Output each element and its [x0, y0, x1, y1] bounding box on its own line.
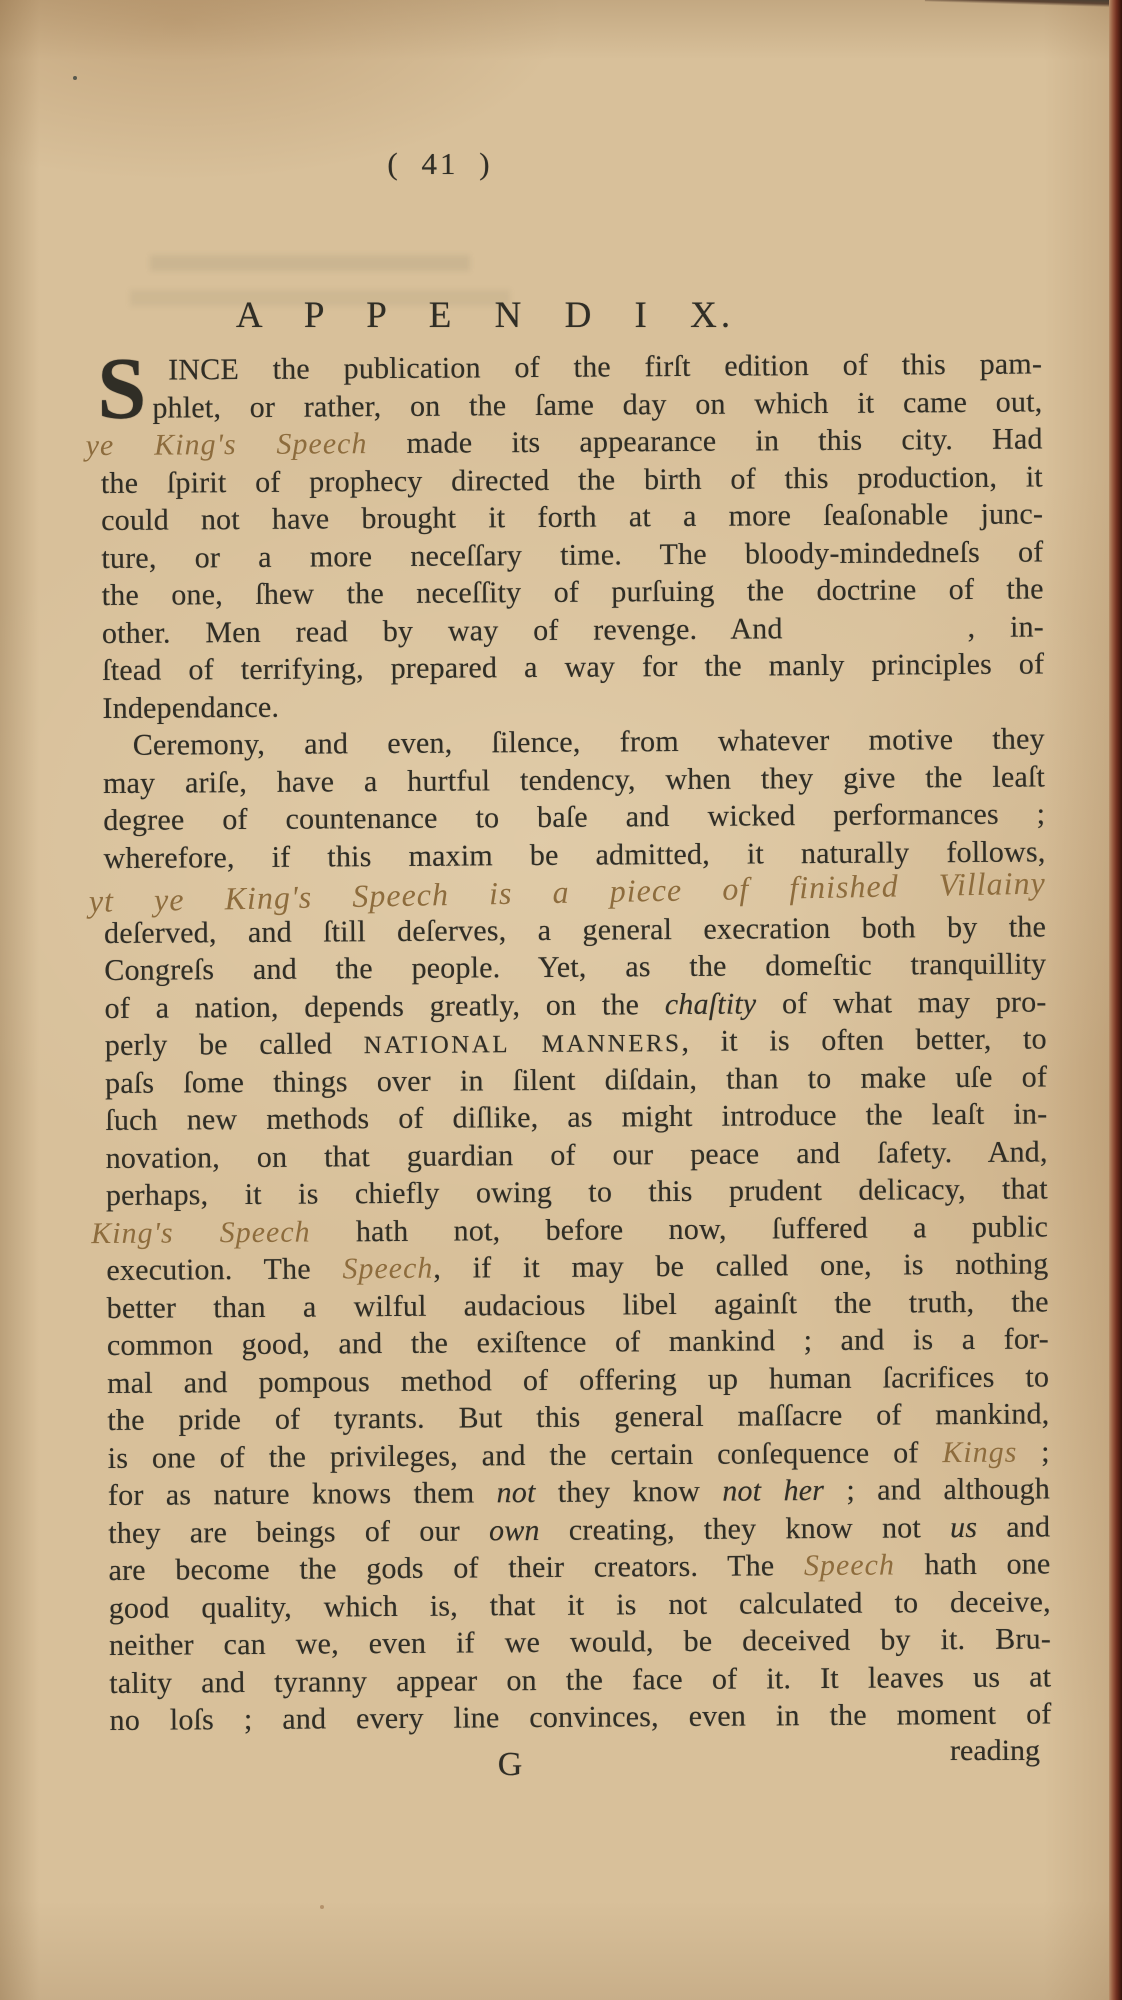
printed-text-segment: , in-	[967, 610, 1044, 644]
text-line: the pride of tyrants. But this general m…	[107, 1395, 1049, 1439]
text-line: Congreſs and the people. Yet, as the dom…	[104, 945, 1046, 989]
printed-text-segment: ture, or a more neceſſary time. The bloo…	[101, 535, 1043, 575]
book-fore-edge	[1109, 0, 1122, 2000]
text-line: novation, on that guardian of our peace …	[105, 1133, 1047, 1177]
printed-text-segment: not her	[722, 1474, 824, 1508]
text-line: good quality, which is, that it is not c…	[109, 1583, 1051, 1627]
text-line: neither can we, even if we would, be dec…	[109, 1620, 1051, 1664]
printed-text-segment: made its appearance in this city. Had	[367, 422, 1042, 460]
text-line: the one, ſhew the neceſſity of purſuing …	[102, 570, 1044, 614]
printed-text-segment: the pride of tyrants. But this general m…	[107, 1397, 1049, 1437]
printed-text-segment: ſtead of terrifying, prepared a way for …	[102, 647, 1044, 687]
text-line: tality and tyranny appear on the face of…	[109, 1658, 1051, 1702]
paper-speck	[320, 1905, 324, 1909]
text-line: other. Men read by way of revenge. And, …	[102, 608, 1044, 652]
text-line: perly be called NATIONAL MANNERS, it is …	[105, 1020, 1047, 1064]
text-line: ye King's Speech made its appearance in …	[86, 420, 1043, 464]
printed-text-segment: Congreſs and the people. Yet, as the dom…	[104, 947, 1046, 987]
printed-text-segment: creating, they know not	[540, 1511, 951, 1547]
printed-text-segment: is one of the privileges, and the certai…	[108, 1436, 943, 1475]
printed-text-segment: mal and pompous method of offering up hu…	[107, 1360, 1049, 1400]
text-line: common good, and the exiſtence of mankin…	[107, 1320, 1049, 1364]
signature-mark: G	[450, 1746, 570, 1784]
printed-text-segment: , if it may be called one, is nothing	[433, 1247, 1048, 1284]
printed-text-segment: chaſtity	[665, 987, 757, 1021]
text-line: of a nation, depends greatly, on the cha…	[104, 983, 1046, 1027]
printed-text-segment: us	[950, 1510, 977, 1543]
redacted-blank-space	[783, 636, 968, 637]
printed-text-segment: no loſs ; and every line convinces, even…	[109, 1697, 1051, 1737]
printed-text-segment: better than a wilful audacious libel aga…	[107, 1285, 1049, 1325]
printed-text-segment: for as nature knows them	[108, 1476, 497, 1512]
printed-text-segment: common good, and the exiſtence of mankin…	[107, 1322, 1049, 1362]
text-line: degree of countenance to baſe and wicked…	[103, 795, 1045, 839]
text-line: the ſpirit of prophecy directed the birt…	[101, 458, 1043, 502]
book-top-edge-shadow	[925, 0, 1122, 8]
handwritten-annotation: Kings	[942, 1435, 1017, 1469]
printed-text-segment: NATIONAL MANNERS	[364, 1030, 682, 1059]
body-text: S INCE the publication of the firſt edit…	[100, 345, 1052, 1739]
text-line: they are beings of our own creating, the…	[108, 1508, 1050, 1552]
printed-text-segment: execution. The	[106, 1252, 342, 1287]
printed-text-segment: not	[496, 1476, 535, 1509]
text-line: paſs ſome things over in ſilent diſdain,…	[105, 1058, 1047, 1102]
printed-text-segment: ; and although	[824, 1472, 1050, 1507]
printed-text-segment: degree of countenance to baſe and wicked…	[103, 797, 1045, 837]
catchword: reading	[950, 1734, 1040, 1768]
printed-text-segment: hath one	[895, 1547, 1051, 1581]
handwritten-annotation: Speech	[804, 1548, 895, 1582]
text-line: no loſs ; and every line convinces, even…	[109, 1695, 1051, 1739]
printed-text-segment: novation, on that guardian of our peace …	[106, 1135, 1048, 1175]
printed-text-segment: and	[977, 1510, 1050, 1544]
printed-text-segment: the one, ſhew the neceſſity of purſuing …	[102, 572, 1044, 612]
text-line: phlet, or rather, on the ſame day on whi…	[100, 383, 1042, 427]
text-line: Independance.	[102, 683, 1044, 727]
printed-text-segment: Independance.	[102, 690, 279, 724]
printed-text-segment: tality and tyranny appear on the face of…	[109, 1660, 1051, 1700]
printed-text-segment: they know	[535, 1475, 722, 1509]
text-line: execution. The Speech, if it may be call…	[106, 1245, 1048, 1289]
printed-text-segment: perhaps, it is chiefly owing to this pru…	[106, 1172, 1048, 1212]
text-line: better than a wilful audacious libel aga…	[107, 1283, 1049, 1327]
text-line: ture, or a more neceſſary time. The bloo…	[101, 533, 1043, 577]
printed-text-segment: are become the gods of their creators. T…	[108, 1549, 804, 1587]
text-line: perhaps, it is chiefly owing to this pru…	[106, 1170, 1048, 1214]
printed-text-segment: neither can we, even if we would, be dec…	[109, 1622, 1051, 1662]
page-number: ( 41 )	[330, 146, 550, 182]
printed-text-segment: INCE the publication of the firſt editio…	[168, 347, 1042, 386]
printed-text-segment: other. Men read by way of revenge. And	[102, 612, 783, 650]
text-line: could not have brought it forth at a mor…	[101, 495, 1043, 539]
printed-text-segment: ſuch new methods of diſlike, as might in…	[105, 1097, 1047, 1137]
printed-text-segment: the ſpirit of prophecy directed the birt…	[101, 460, 1043, 500]
text-line: ſtead of terrifying, prepared a way for …	[102, 645, 1044, 689]
printed-text-segment: they are beings of our	[108, 1514, 489, 1550]
drop-cap: S	[97, 348, 147, 432]
paper-stain	[150, 255, 470, 271]
printed-text-segment: may ariſe, have a hurtful tendency, when…	[103, 760, 1045, 800]
printed-text-segment: , it is often better, to	[681, 1022, 1047, 1058]
printed-text-segment: paſs ſome things over in ſilent diſdain,…	[105, 1060, 1047, 1100]
text-line: are become the gods of their creators. T…	[108, 1545, 1050, 1589]
printed-text-segment: hath not, before now, ſuffered a public	[310, 1210, 1048, 1248]
printed-text-segment: perly be called	[105, 1027, 364, 1062]
printed-text-segment: of a nation, depends greatly, on the	[104, 988, 664, 1025]
printed-text-segment: of what may pro-	[756, 985, 1046, 1020]
printed-text-segment: good quality, which is, that it is not c…	[109, 1585, 1051, 1625]
handwritten-annotation: Speech	[342, 1252, 433, 1286]
text-line: ſuch new methods of diſlike, as might in…	[105, 1095, 1047, 1139]
text-line: mal and pompous method of offering up hu…	[107, 1358, 1049, 1402]
printed-text-segment: Ceremony, and even, ſilence, from whatev…	[133, 722, 1045, 761]
paper-speck	[73, 76, 77, 80]
printed-text-segment: ;	[1017, 1435, 1050, 1468]
printed-text-segment: own	[489, 1513, 540, 1546]
text-line: Ceremony, and even, ſilence, from whatev…	[103, 720, 1045, 764]
text-line: is one of the privileges, and the certai…	[108, 1433, 1050, 1477]
text-line: INCE the publication of the firſt editio…	[100, 345, 1042, 389]
printed-text-segment: could not have brought it forth at a mor…	[101, 497, 1043, 537]
text-line: may ariſe, have a hurtful tendency, when…	[103, 758, 1045, 802]
book-page-photo: ( 41 ) A P P E N D I X. S INCE the publi…	[0, 0, 1122, 2000]
text-line: for as nature knows them not they know n…	[108, 1470, 1050, 1514]
appendix-heading: A P P E N D I X.	[95, 294, 875, 337]
printed-text-segment: phlet, or rather, on the ſame day on whi…	[152, 385, 1042, 424]
handwritten-annotation: King's Speech	[91, 1215, 311, 1250]
